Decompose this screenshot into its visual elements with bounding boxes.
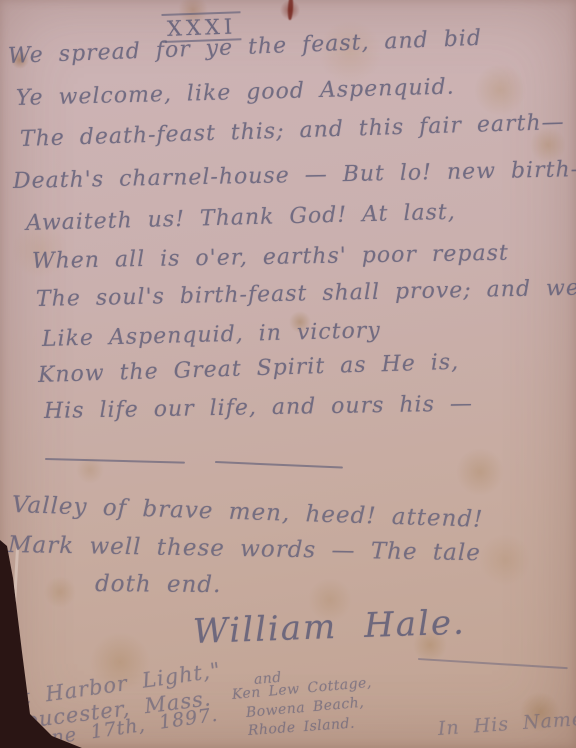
colophon-motto: In His Name. — [437, 707, 576, 740]
poem-line: Ye welcome, like good Aspenquid. — [16, 75, 455, 111]
closing-line: Mark well these words — The tale — [8, 532, 481, 566]
torn-edge-highlight — [6, 548, 19, 738]
poem-line: Awaiteth us! Thank God! At last, — [26, 200, 456, 236]
poem-line: Like Aspenquid, in victory — [42, 318, 381, 352]
red-ink-stain — [287, 0, 293, 20]
poem-line: The death-feast this; and this fair eart… — [20, 110, 565, 152]
poem-line: We spread for ye the feast, and bid — [8, 26, 483, 69]
closing-line: doth end. — [95, 571, 222, 598]
manuscript-photo: XXXI We spread for ye the feast, and bid… — [0, 0, 576, 748]
divider-stroke — [215, 461, 343, 469]
poem-line: When all is o'er, earths' poor repast — [32, 241, 509, 274]
poem-line: The soul's birth-feast shall prove; and … — [36, 275, 576, 312]
poem-line: Death's charnel-house — But lo! new birt… — [13, 157, 576, 194]
poem-line: Know the Great Spirit as He is, — [38, 350, 460, 388]
signature: William Hale. — [192, 602, 466, 651]
divider-stroke — [45, 458, 185, 464]
poem-line: His life our life, and ours his — — [44, 392, 473, 424]
signature-flourish — [418, 658, 568, 669]
closing-line: Valley of brave men, heed! attend! — [12, 492, 484, 533]
manuscript-page: XXXI We spread for ye the feast, and bid… — [0, 0, 576, 748]
